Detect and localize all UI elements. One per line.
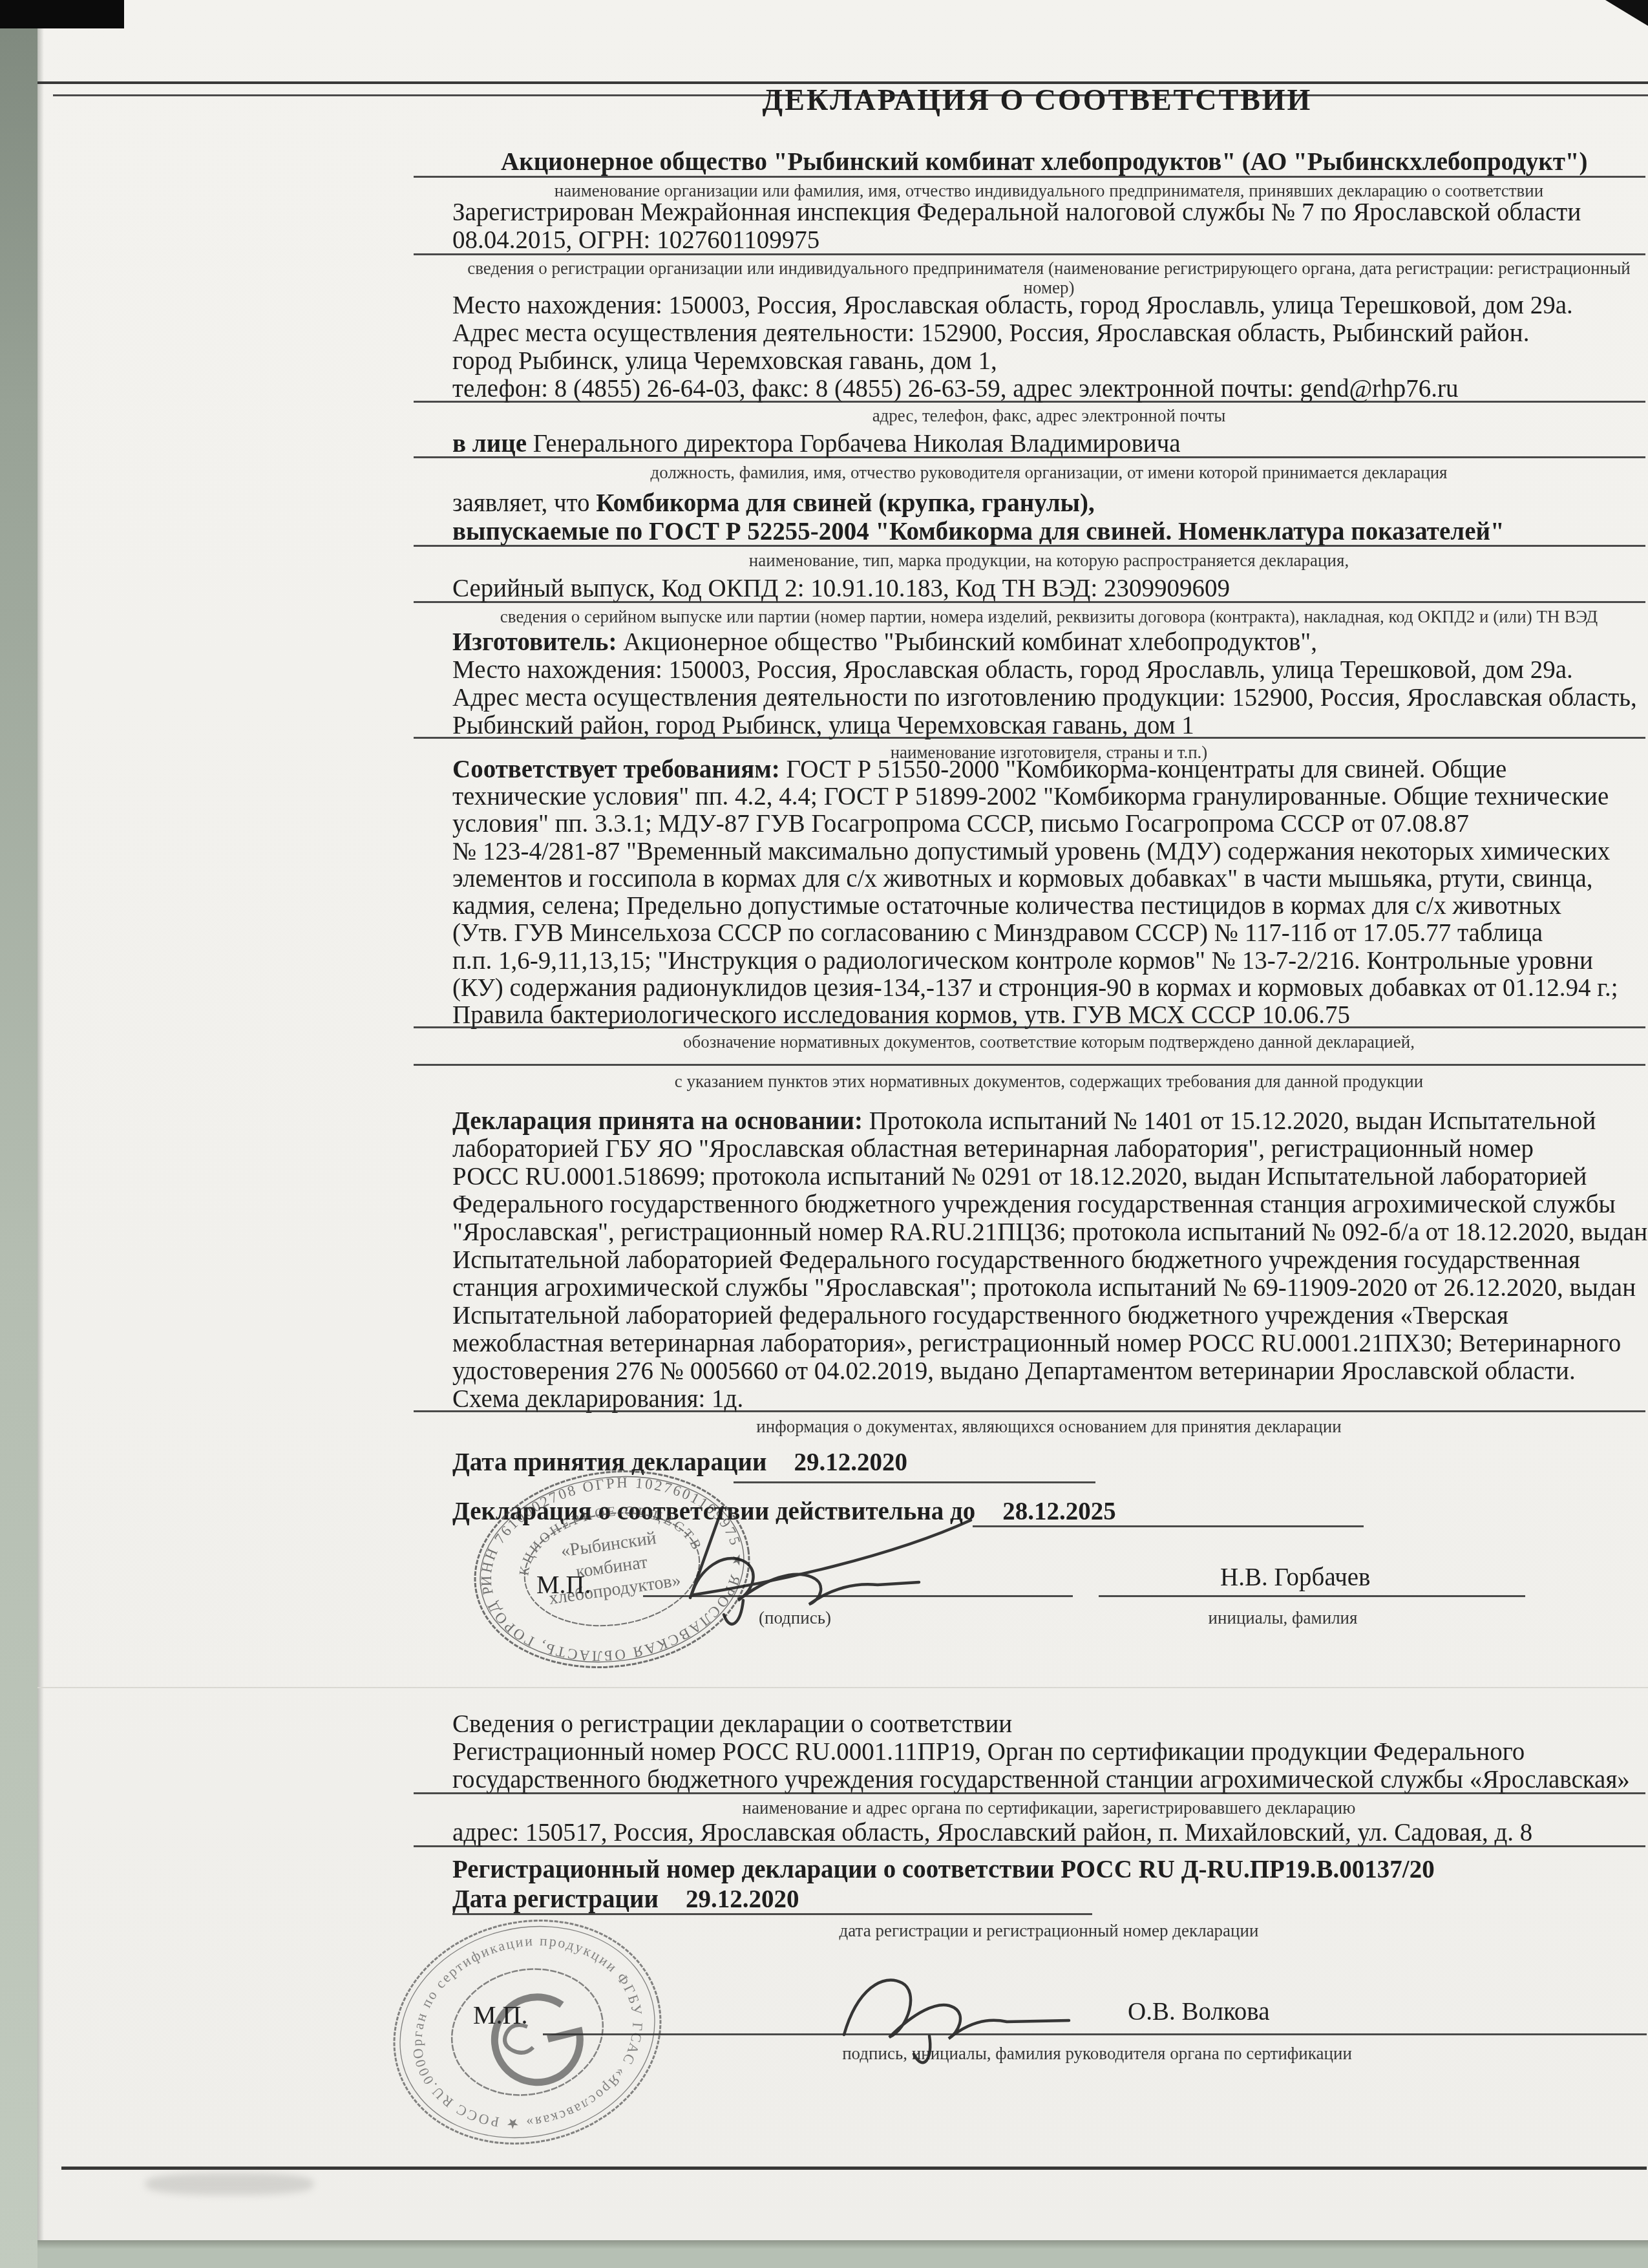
declarant-registration-line2: 08.04.2015, ОГРН: 1027601109975 [452,226,819,255]
registration-body-line2: государственного бюджетного учреждения г… [452,1765,1630,1795]
signature-line [543,2033,1647,2035]
basis-line-0: Декларация принята на основании: Протоко… [452,1107,1596,1136]
registration-number-line: Регистрационный номер декларации о соотв… [452,1855,1435,1885]
pencil-smudge [145,2173,313,2195]
product-declares-line: заявляет, что Комбикорма для свиней (кру… [452,489,1095,518]
basis-line-6: станция агрохимической службы "Ярославск… [452,1273,1636,1303]
product-serial: Серийный выпуск, Код ОКПД 2: 10.91.10.18… [452,574,1230,604]
form-line [414,737,1645,739]
signature-caption: (подпись) [727,1608,863,1628]
form-line [414,253,1645,255]
manufacturer-label: Изготовитель: [452,628,617,656]
form-line [414,1845,1645,1847]
declares-label: заявляет, что [452,489,590,517]
conformity-line-4: элементов и госсипола в кормах для с/х ж… [452,864,1593,894]
basis-line-5: Испытательной лабораторией Федерального … [452,1245,1580,1275]
registration-caption1: наименование и адрес органа по сертифика… [452,1798,1645,1818]
director-name-caption: инициалы, фамилия [1073,1608,1493,1628]
form-line [414,601,1645,603]
manufacturer-line3: Адрес места осуществления деятельности п… [452,683,1637,713]
registration-address: адрес: 150517, Россия, Ярославская облас… [452,1818,1532,1848]
declarant-name: Акционерное общество "Рыбинский комбинат… [501,147,1587,177]
basis-caption: информация о документах, являющихся осно… [452,1417,1645,1437]
basis-line-9: удостоверения 276 № 0005660 от 04.02.201… [452,1357,1576,1386]
registration-heading: Сведения о регистрации декларации о соот… [452,1710,1012,1739]
declarant-address-line2: Адрес места осуществления деятельности: … [452,319,1529,348]
registration-date-label: Дата регистрации [452,1885,659,1913]
conformity-text-0: ГОСТ Р 51550-2000 "Комбикорма-концентрат… [787,756,1507,783]
conformity-label: Соответствует требованиям: [452,756,780,783]
form-line [414,545,1645,547]
signature-line [643,1595,1073,1597]
scan-edge-left [0,0,37,2268]
conformity-line-2: условия" пп. 3.3.1; МДУ-87 ГУВ Госагропр… [452,809,1469,839]
declarant-address-line1: Место нахождения: 150003, Россия, Яросла… [452,291,1573,321]
basis-line-2: РОСС RU.0001.518699; протокола испытаний… [452,1162,1587,1192]
basis-line-3: Федерального государственного бюджетного… [452,1190,1616,1220]
form-line [414,1792,1645,1794]
representative-label: в лице [452,430,527,458]
conformity-line-6: (Утв. ГУВ Минсельхоза СССР по согласован… [452,918,1543,948]
conformity-line-5: кадмия, селена; Предельно допустимые ост… [452,891,1561,921]
declarant-address-line3: город Рыбинск, улица Черемховская гавань… [452,346,997,376]
basis-line-4: "Ярославская", регистрационный номер RA.… [452,1218,1647,1247]
representative-caption: должность, фамилия, имя, отчество руково… [452,463,1645,483]
form-line [414,1064,1645,1066]
manufacturer-line2: Место нахождения: 150003, Россия, Яросла… [452,655,1573,685]
declarant-contacts-caption: адрес, телефон, факс, адрес электронной … [452,406,1645,426]
conformity-line-8: (КУ) содержания радионуклидов цезия-134,… [452,973,1618,1003]
head-signature-caption: подпись, инициалы, фамилия руководителя … [834,2044,1360,2064]
registration-body-line1: Регистрационный номер РОСС RU.0001.11ПР1… [452,1737,1525,1767]
declarant-contacts: телефон: 8 (4855) 26-64-03, факс: 8 (485… [452,374,1459,404]
scan-crease [37,1687,1648,1688]
declarant-registration-line1: Зарегистрирован Межрайонная инспекция Фе… [452,198,1581,228]
conformity-line-0: Соответствует требованиям: ГОСТ Р 51550-… [452,755,1506,785]
product-line2: выпускаемые по ГОСТ Р 52255-2004 "Комбик… [452,517,1505,547]
bottom-rule [61,2167,1647,2170]
form-line [414,1026,1645,1028]
date-underline [452,1913,1092,1915]
conformity-caption2: с указанием пунктов этих нормативных док… [452,1072,1645,1092]
manufacturer-name: Акционерное общество "Рыбинский комбинат… [623,628,1317,656]
registration-date-line: Дата регистрации29.12.2020 [452,1885,799,1914]
product-serial-caption: сведения о серийном выпуске или партии (… [452,607,1645,627]
product-caption: наименование, тип, марка продукции, на к… [452,551,1645,571]
declarant-registration-caption1: сведения о регистрации организации или и… [452,259,1645,279]
representative-value: Генерального директора Горбачева Николая… [533,430,1181,458]
scan-corner-top-left [0,0,124,28]
director-name: Н.В. Горбачев [1220,1563,1370,1593]
basis-line-8: межобластная ветеринарная лаборатория», … [452,1329,1621,1359]
form-line [414,1410,1645,1412]
paper-bottom-edge [37,2240,1648,2249]
form-line [414,456,1645,458]
paper-edge-shadow [37,0,44,2244]
conformity-line-7: п.п. 1,6-9,11,13,15; "Инструкция о радио… [452,946,1593,976]
manufacturer-line1: Изготовитель: Акционерное общество "Рыби… [452,628,1317,657]
product-name: Комбикорма для свиней (крупка, гранулы), [596,489,1095,517]
adoption-date-value: 29.12.2020 [794,1448,907,1476]
mp-seal-label: М.П. [473,2000,527,2030]
certification-body-stamp: Орган по сертификации продукции ФГБУ ГСА… [385,1916,670,2148]
scanned-declaration-page: ДЕКЛАРАЦИЯ О СООТВЕТСТВИИ Акционерное об… [0,0,1648,2268]
form-line [414,176,1645,178]
name-line [1099,1595,1525,1597]
conformity-line-3: № 123-4/281-87 "Временный максимально до… [452,837,1610,867]
representative-line: в лице Генерального директора Горбачева … [452,429,1181,459]
basis-line-7: Испытательной лабораторией федерального … [452,1301,1508,1331]
head-name: О.В. Волкова [1128,1997,1270,2027]
conformity-line-1: технические условия" пп. 4.2, 4.4; ГОСТ … [452,782,1609,812]
page-title: ДЕКЛАРАЦИЯ О СООТВЕТСТВИИ [452,83,1622,117]
registration-date-value: 29.12.2020 [686,1885,799,1913]
mp-seal-label: М.П. [536,1569,591,1600]
basis-line-1: лабораторией ГБУ ЯО "Ярославская областн… [452,1134,1534,1164]
basis-label: Декларация принята на основании: [452,1107,863,1135]
conformity-caption1: обозначение нормативных документов, соот… [452,1032,1645,1052]
form-line [414,401,1645,403]
basis-text-0: Протокола испытаний № 1401 от 15.12.2020… [869,1107,1596,1135]
